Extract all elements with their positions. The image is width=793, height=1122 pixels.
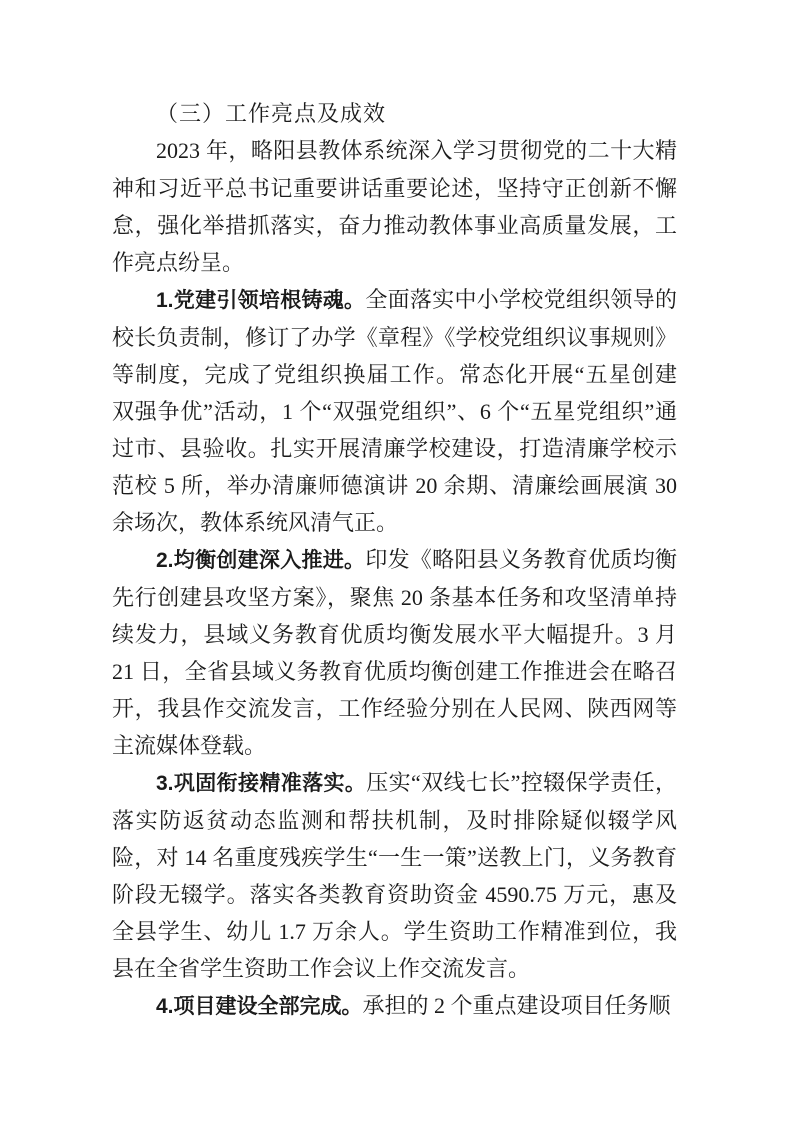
paragraph-intro-body: 2023 年，略阳县教体系统深入学习贯彻党的二十大精神和习近平总书记重要讲话重要… xyxy=(112,138,677,275)
paragraph-item-1: 1.党建引领培根铸魂。全面落实中小学校党组织领导的校长负责制，修订了办学《章程》… xyxy=(112,281,677,541)
document-page: （三）工作亮点及成效 2023 年，略阳县教体系统深入学习贯彻党的二十大精神和习… xyxy=(0,0,793,1122)
paragraph-intro: 2023 年，略阳县教体系统深入学习贯彻党的二十大精神和习近平总书记重要讲话重要… xyxy=(112,132,677,281)
paragraph-item-4-lead: 4.项目建设全部完成。 xyxy=(156,995,363,1018)
paragraph-item-2: 2.均衡创建深入推进。印发《略阳县义务教育优质均衡先行创建县攻坚方案》，聚焦 2… xyxy=(112,541,677,764)
section-heading: （三）工作亮点及成效 xyxy=(112,95,677,132)
paragraph-item-3-lead: 3.巩固衔接精准落实。 xyxy=(156,772,366,795)
paragraph-item-2-lead: 2.均衡创建深入推进。 xyxy=(156,549,365,572)
paragraph-item-2-body: 印发《略阳县义务教育优质均衡先行创建县攻坚方案》，聚焦 20 条基本任务和攻坚清… xyxy=(112,547,677,758)
paragraph-item-3: 3.巩固衔接精准落实。压实“双线七长”控辍保学责任，落实防返贫动态监测和帮扶机制… xyxy=(112,764,677,987)
paragraph-item-4: 4.项目建设全部完成。承担的 2 个重点建设项目任务顺 xyxy=(112,987,677,1025)
paragraph-item-3-body: 压实“双线七长”控辍保学责任，落实防返贫动态监测和帮扶机制，及时排除疑似辍学风险… xyxy=(112,770,677,981)
paragraph-item-1-body: 全面落实中小学校党组织领导的校长负责制，修订了办学《章程》《学校党组织议事规则》… xyxy=(112,287,677,535)
document-text-block: （三）工作亮点及成效 2023 年，略阳县教体系统深入学习贯彻党的二十大精神和习… xyxy=(112,95,677,1025)
paragraph-item-1-lead: 1.党建引领培根铸魂。 xyxy=(156,289,365,312)
paragraph-item-4-body: 承担的 2 个重点建设项目任务顺 xyxy=(363,993,671,1018)
